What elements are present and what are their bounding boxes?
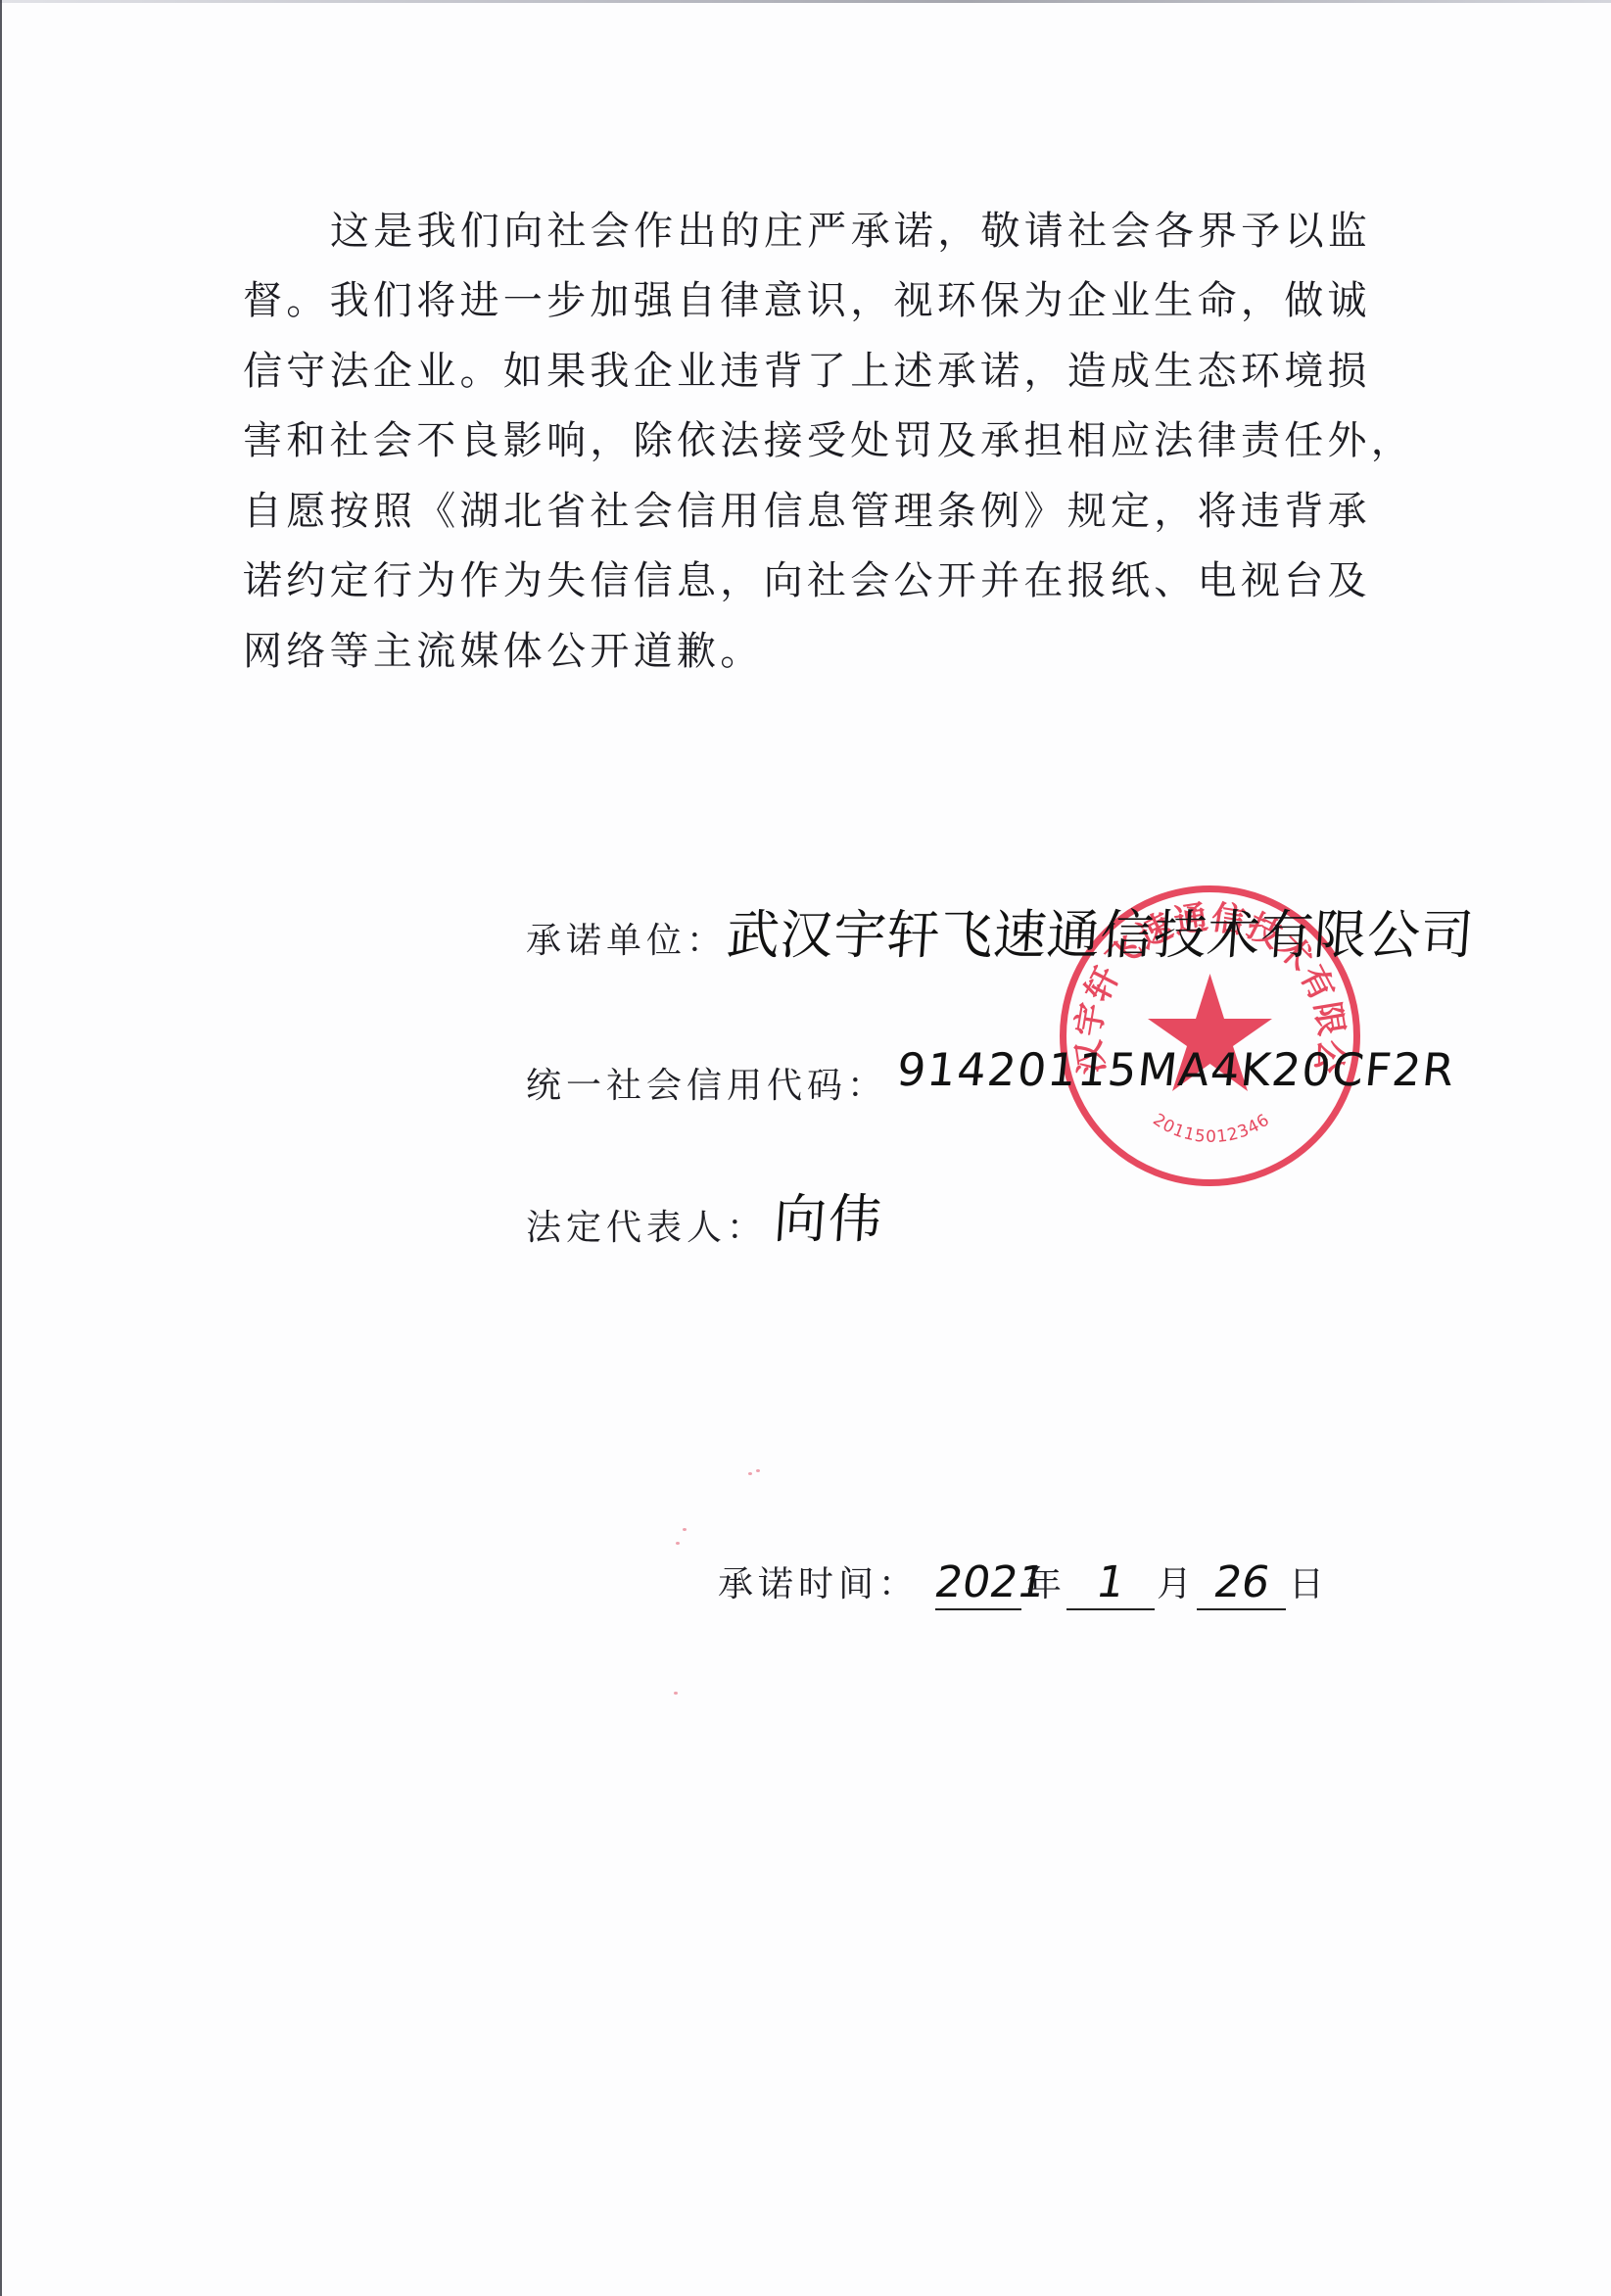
date-day-field: 26 xyxy=(1197,1555,1286,1610)
paragraph-line: 害和社会不良影响，除依法接受处罚及承担相应法律责任外， xyxy=(243,419,1414,462)
paragraph-line: 网络等主流媒体公开道歉。 xyxy=(243,630,764,673)
paragraph-line: 诺约定行为作为失信信息，向社会公开并在报纸、电视台及 xyxy=(243,559,1371,602)
paragraph-line: 督。我们将进一步加强自律意识，视环保为企业生命，做诚 xyxy=(243,279,1371,322)
credit-code-value: 91420115MA4K20CF2R xyxy=(894,1044,1458,1095)
scan-edge-left xyxy=(0,0,2,2296)
commitment-date-label: 承诺时间： xyxy=(718,1565,919,1604)
faint-seal-trace xyxy=(683,1528,687,1531)
date-year-unit: 年 xyxy=(1026,1565,1062,1604)
commitment-unit-value: 武汉宇轩飞速通信技术有限公司 xyxy=(725,903,1477,968)
date-day-value: 26 xyxy=(1209,1555,1274,1610)
paragraph-line: 自愿按照《湖北省社会信用信息管理条例》规定，将违背承 xyxy=(243,490,1371,533)
credit-code-label: 统一社会信用代码： xyxy=(526,1067,887,1106)
faint-seal-trace xyxy=(674,1692,678,1695)
legal-representative-signature: 向伟 xyxy=(772,1187,886,1252)
faint-seal-trace xyxy=(756,1469,760,1472)
faint-seal-trace xyxy=(748,1472,752,1475)
faint-seal-trace xyxy=(676,1542,680,1545)
legal-representative-label: 法定代表人： xyxy=(526,1209,767,1248)
paragraph-line: 信守法企业。如果我企业违背了上述承诺，造成生态环境损 xyxy=(243,350,1371,393)
date-month-value: 1 xyxy=(1092,1555,1129,1610)
commitment-unit-label: 承诺单位： xyxy=(526,922,727,961)
scan-edge-top xyxy=(0,0,1611,3)
date-day-unit: 日 xyxy=(1289,1565,1324,1604)
date-year-field: 2021 xyxy=(935,1555,1021,1610)
date-month-field: 1 xyxy=(1066,1555,1155,1610)
date-month-unit: 月 xyxy=(1157,1565,1192,1604)
paragraph-line: 这是我们向社会作出的庄严承诺，敬请社会各界予以监 xyxy=(330,210,1371,253)
